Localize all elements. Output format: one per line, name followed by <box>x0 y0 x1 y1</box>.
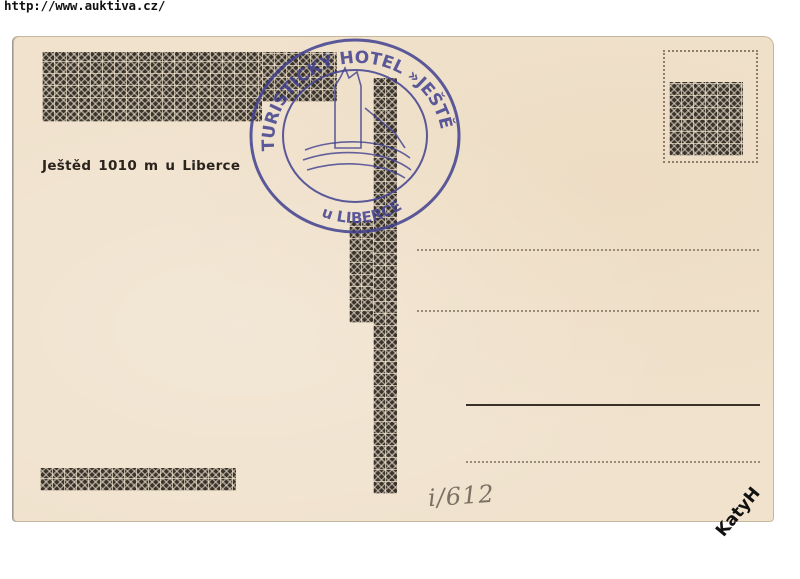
address-line-3 <box>466 404 760 406</box>
postmark-top-text: TURISTICKÝ HOTEL »JEŠTĚD 1010 m« <box>245 38 458 151</box>
handwritten-note: i/612 <box>427 480 495 513</box>
svg-text:TURISTICKÝ HOTEL »JEŠTĚD 1010: TURISTICKÝ HOTEL »JEŠTĚD 1010 m« <box>245 38 458 151</box>
mountain-hotel-tower-icon <box>303 68 411 178</box>
address-line-1 <box>417 249 759 251</box>
obscured-stamp-contents <box>669 82 743 156</box>
address-line-4 <box>466 461 760 463</box>
source-url-watermark: http://www.auktiva.cz/ <box>4 0 165 13</box>
obscured-bottom-imprint <box>40 468 236 491</box>
obscured-publisher-text <box>42 52 262 122</box>
address-line-2 <box>417 310 759 312</box>
postcard-caption: Ještěd 1010 m u Liberce <box>42 158 240 174</box>
hotel-postmark: TURISTICKÝ HOTEL »JEŠTĚD 1010 m« u LIBER… <box>245 38 465 238</box>
